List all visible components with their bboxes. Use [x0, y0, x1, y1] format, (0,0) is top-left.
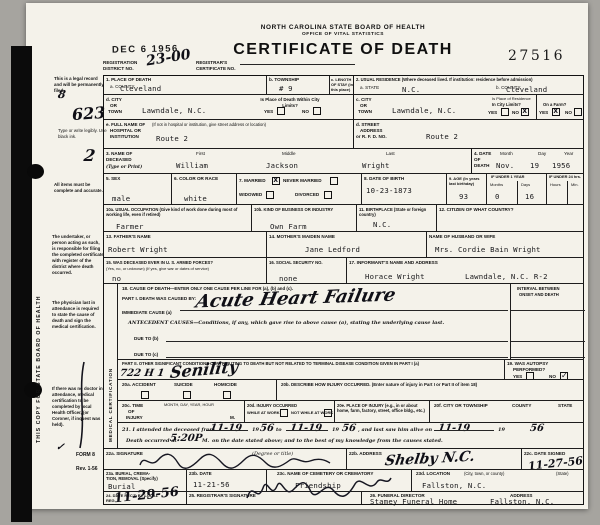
death-year-value: 1956: [552, 161, 570, 170]
address-label: 22b. ADDRESS: [349, 451, 382, 457]
months-days-divider: [517, 181, 518, 205]
months-header: Months: [490, 182, 503, 187]
residence-county-value: Cleveland: [506, 85, 547, 94]
injury-place-label: 20e. PLACE OF INJURY (e.g., in or about …: [337, 403, 427, 414]
registrar-certificate-label-2: CERTIFICATE NO.: [196, 66, 235, 72]
accident-label: 20a. ACCIDENT: [122, 382, 156, 388]
spouse-label: NAME OF HUSBAND OR WIFE: [429, 234, 495, 240]
field-physician-signature: 22a. SIGNATURE (Degree or title): [104, 448, 346, 469]
field-interval: INTERVAL BETWEEN ONSET AND DEATH: [510, 283, 584, 359]
farm-yes-label: YES: [539, 110, 548, 116]
father-label: 13. FATHER'S NAME: [106, 234, 151, 240]
death-time-value: 5:20P: [169, 433, 203, 444]
hospital-value: Route 2: [156, 134, 188, 143]
place-of-death-label: 1. PLACE OF DEATH: [106, 77, 151, 83]
injury-city-label: 20f. CITY OR TOWNSHIP: [434, 403, 488, 409]
burial-label-2: TION, REMOVAL (Specify): [106, 476, 158, 481]
field-date-received: 24. DATE REC'D BY LOCAL REG. 11-29-56: [104, 491, 186, 504]
age-label: 9. AGE (In years last birthday): [449, 176, 485, 186]
middle-name-header: Middle: [282, 151, 296, 157]
field-on-a-farm: On a Farm? YES X NO: [536, 95, 585, 120]
death-city-value: Lawndale, N.C.: [142, 106, 206, 115]
director-address-value: Fallston, N.C.: [490, 497, 554, 506]
field-occupation: 10a. USUAL OCCUPATION (Give kind of work…: [104, 204, 251, 231]
injury-occurred-label: 20d. INJURY OCCURRED: [247, 403, 297, 408]
field-cause-of-death: 18. CAUSE OF DEATH —ENTER ONLY ONE CAUSE…: [118, 283, 510, 359]
registration-district-label-1: REGISTRATION: [103, 60, 137, 66]
injury-how-label: 20b. DESCRIBE HOW INJURY OCCURRED. (Ente…: [281, 382, 477, 388]
certificate-serial-number: 27516: [508, 48, 565, 64]
autopsy-label-1: 19. WAS AUTOPSY: [507, 361, 548, 367]
interval-label-1: INTERVAL BETWEEN: [517, 286, 560, 291]
death-month-value: Nov.: [496, 161, 514, 170]
field-burial-location: 23d. LOCATION (City, town, or county) (S…: [411, 469, 584, 491]
first-name-header: First: [196, 151, 205, 157]
armed-forces-value: no: [112, 274, 121, 283]
last-name-header: Last: [386, 151, 395, 157]
attended-to-label: to: [276, 427, 282, 433]
medical-certification-label: MEDICAL CERTIFICATION: [108, 368, 113, 442]
armed-forces-label: 15. WAS DECEASED EVER IN U. S. ARMED FOR…: [106, 260, 213, 265]
cause-label: 18. CAUSE OF DEATH: [122, 286, 170, 292]
field-ssn: 16. SOCIAL SECURITY NO. none: [266, 257, 346, 283]
death-day-header: Day: [538, 151, 546, 157]
attended-from-year-value: 56: [259, 423, 274, 434]
injury-time-sub: MONTH, DAY, YEAR, HOUR: [164, 403, 214, 408]
punch-hole-top: [27, 164, 44, 179]
last-seen-value: 11-19: [437, 423, 471, 434]
race-label: 6. COLOR OR RACE: [174, 176, 218, 182]
suicide-label: SUICIDE: [174, 382, 193, 388]
burial-date-label: 23b. DATE: [189, 471, 212, 477]
death-occurred-rest: on the date stated above; and to the bes…: [212, 438, 443, 444]
death-limits-no-checkbox: [313, 107, 321, 115]
form-table: 1. PLACE OF DEATH a. COUNTY Cleveland b.…: [103, 75, 584, 505]
field-armed-forces: 15. WAS DECEASED EVER IN U. S. ARMED FOR…: [104, 257, 266, 283]
field-attended: 21. I attended the deceased from 11-19 1…: [118, 422, 584, 448]
never-married-checkbox: [330, 177, 338, 185]
death-city-label-3: TOWN: [108, 109, 122, 115]
injury-time-m: M.: [230, 415, 235, 421]
citizen-label: 12. CITIZEN OF WHAT COUNTRY?: [439, 207, 514, 213]
township-value: # 9: [279, 84, 293, 93]
sex-value: male: [112, 194, 130, 203]
deceased-name-label-2: DECEASED: [106, 157, 132, 163]
farm-yes-checkbox: X: [552, 108, 560, 116]
last-seen-line: [434, 430, 494, 431]
vertical-copy-note: THIS COPY FOR STATE BOARD OF HEALTH: [36, 295, 42, 443]
interval-line-c: [511, 357, 585, 358]
field-manner-of-death: 20a. ACCIDENT SUICIDE HOMICIDE: [118, 379, 276, 400]
min-header: Min.: [571, 182, 579, 187]
limits-yes-checkbox: [501, 108, 509, 116]
antecedent-label: ANTECEDENT CAUSES—Conditions, if any, wh…: [128, 320, 444, 326]
part2-code-value: 722 H 1: [119, 368, 165, 379]
margin-accuracy-note: All items must be complete and accurate.: [54, 182, 106, 194]
first-name-value: William: [176, 161, 208, 170]
field-mother-name: 14. MOTHER'S MAIDEN NAME Jane Ledford: [266, 231, 426, 257]
divorced-checkbox: [324, 191, 332, 199]
length-of-stay-label: c. LENGTH OF STAY (in this place): [331, 77, 353, 92]
while-at-work-label: WHILE AT WORK: [247, 410, 280, 415]
burial-date-value: 11-21-56: [193, 480, 230, 489]
immediate-cause-label: IMMEDIATE CAUSE (a): [122, 310, 172, 316]
residence-city-label-1: c. CITY: [356, 97, 372, 103]
location-sub: (City, town, or county): [464, 471, 504, 476]
residence-state-label: a. STATE: [360, 85, 379, 91]
board-title: NORTH CAROLINA STATE BOARD OF HEALTH: [103, 24, 583, 32]
occupation-value: Farmer: [116, 222, 144, 231]
middle-name-value: Jackson: [266, 161, 298, 170]
death-limits-no-label: NO: [302, 109, 309, 115]
usual-residence-label: 2. USUAL RESIDENCE (Where deceased lived…: [356, 77, 533, 82]
field-injury-place: 20e. PLACE OF INJURY (e.g., in or about …: [334, 400, 429, 422]
birth-date-label: 8. DATE OF BIRTH: [364, 176, 404, 182]
field-injury-description: 20b. DESCRIBE HOW INJURY OCCURRED. (Ente…: [276, 379, 584, 400]
street-value: Route 2: [426, 132, 458, 141]
informant-address-value: Lawndale, N.C. R-2: [465, 272, 548, 281]
injury-state-label: STATE: [558, 403, 572, 409]
farm-label: On a Farm?: [543, 102, 566, 107]
injury-time-label-2: OF: [128, 409, 134, 415]
field-street-address: d. STREET ADDRESS or R. F. D. NO. Route …: [353, 119, 584, 148]
field-spouse-name: NAME OF HUSBAND OR WIFE Mrs. Cordie Bain…: [426, 231, 584, 257]
months-value: 0: [495, 192, 500, 201]
street-label-3: or R. F. D. NO.: [356, 134, 387, 140]
field-color-or-race: 6. COLOR OR RACE white: [171, 173, 236, 204]
days-header: Days: [521, 182, 530, 187]
armed-forces-sub: (Yes, no, or unknown) (If yes, give war …: [106, 266, 209, 271]
spouse-value: Mrs. Cordie Bain Wright: [435, 245, 541, 254]
injury-time-label-3: INJURY: [126, 415, 143, 421]
injury-time-label-1: 20c. TIME: [122, 403, 143, 409]
field-date-of-death: 4. DATE OF DEATH Month Day Year Nov. 19 …: [471, 148, 584, 173]
birth-date-value: 10-23-1873: [366, 186, 412, 195]
homicide-label: HOMICIDE: [214, 382, 237, 388]
death-time-m: M.: [202, 438, 209, 444]
street-label-1: d. STREET: [356, 122, 379, 128]
hours-header: Hours: [550, 182, 561, 187]
limits-no-label: NO: [512, 110, 519, 116]
birthplace-value: N.C.: [373, 220, 391, 229]
field-residence-city: c. CITY OR TOWN Lawndale, N.C. Is Place …: [353, 94, 584, 119]
mother-label: 14. MOTHER'S MAIDEN NAME: [269, 234, 335, 240]
physician-address-value: Shelby N.C.: [384, 449, 476, 470]
attended-from-value: 11-19: [209, 423, 243, 434]
margin-undertaker-note: The undertaker, or person acting as such…: [52, 234, 104, 276]
physician-signature: [134, 451, 334, 471]
due-b-line: [166, 341, 508, 342]
field-age-under-24-hrs: IF UNDER 24 hrs. Hours Min.: [546, 173, 584, 204]
interval-label-2: ONSET AND DEATH: [519, 292, 559, 297]
hospital-label-2: HOSPITAL OR: [110, 128, 141, 134]
ssn-value: none: [279, 274, 297, 283]
hours-min-divider: [567, 181, 568, 205]
field-birthplace: 11. BIRTHPLACE (State or foreign country…: [356, 204, 436, 231]
field-father-name: 13. FATHER'S NAME Robert Wright: [104, 231, 266, 257]
medical-certification-cell: MEDICAL CERTIFICATION: [104, 283, 118, 448]
occupation-label: 10a. USUAL OCCUPATION (Give kind of work…: [106, 207, 246, 218]
death-date-label-2: OF: [474, 157, 480, 163]
field-township: b. TOWNSHIP # 9: [266, 76, 329, 94]
under-day-header: IF UNDER 24 hrs.: [549, 175, 581, 180]
field-date-of-birth: 8. DATE OF BIRTH 10-23-1873: [361, 173, 446, 204]
registrar-certificate-blank-line: [240, 64, 355, 65]
business-value: Own Farm: [270, 222, 307, 231]
attended-from-line: [206, 430, 248, 431]
widowed-label: WIDOWED: [239, 192, 262, 198]
attended-to-year-value: 56: [341, 423, 356, 434]
attended-to-line: [286, 430, 328, 431]
farm-no-label: NO: [565, 110, 572, 116]
deceased-name-sub: (Type or Print): [106, 165, 142, 170]
margin-physician-note: The physician last in attendance is requ…: [52, 300, 104, 330]
injury-county-label: COUNTY: [512, 403, 531, 409]
ssn-label: 16. SOCIAL SECURITY NO.: [269, 260, 323, 265]
homicide-checkbox: [223, 391, 231, 399]
location-state-sub: (State): [556, 471, 569, 476]
father-value: Robert Wright: [108, 245, 168, 254]
field-place-of-death: 1. PLACE OF DEATH a. COUNTY Cleveland: [104, 76, 266, 94]
field-length-of-stay: c. LENGTH OF STAY (in this place): [329, 76, 353, 94]
sex-label: 5. SEX: [106, 176, 120, 182]
death-limits-yes-label: YES: [264, 109, 273, 115]
due-b-label: DUE TO (b): [134, 336, 158, 342]
death-day-value: 19: [530, 161, 539, 170]
hospital-label-1: e. FULL NAME OF: [106, 122, 145, 128]
married-label: 7. MARRIED: [239, 178, 266, 184]
mother-value: Jane Ledford: [305, 245, 360, 254]
informant-label: 17. INFORMANT'S NAME AND ADDRESS: [349, 260, 438, 266]
residence-header: Is Place of Residence: [492, 96, 531, 101]
informant-name-value: Horace Wright: [365, 272, 425, 281]
farm-no-checkbox: [574, 108, 582, 116]
last-seen-year-value: 56: [529, 423, 544, 434]
death-month-header: Month: [500, 151, 513, 157]
funeral-director-value: Stamey Funeral Home: [370, 497, 457, 506]
widowed-checkbox: [266, 191, 274, 199]
registration-district-label-2: DISTRICT NO.: [103, 66, 134, 72]
margin-checkmark: ✓: [55, 442, 65, 453]
margin-district-code: 623: [71, 103, 106, 124]
residence-city-label-2: OR: [360, 103, 367, 109]
in-city-limits-label: In City Limits?: [492, 102, 521, 107]
county-value: Cleveland: [120, 84, 161, 93]
last-name-value: Wright: [362, 161, 390, 170]
age-value: 93: [459, 192, 468, 201]
birthplace-label: 11. BIRTHPLACE (State or foreign country…: [359, 207, 435, 218]
attended-from-19: 19: [252, 427, 259, 433]
hospital-label-3: INSTITUTION: [110, 134, 139, 140]
never-married-label: NEVER MARRIED: [283, 178, 322, 184]
death-limits-yes-checkbox: [277, 107, 285, 115]
interval-line-a: [511, 310, 585, 311]
last-seen-19: 19: [498, 427, 505, 433]
field-marital-status: 7. MARRIED X NEVER MARRIED WIDOWED DIVOR…: [236, 173, 361, 204]
township-label: b. TOWNSHIP: [269, 77, 299, 83]
hospital-note: (If not in hospital or institution, give…: [152, 122, 266, 127]
field-sex: 5. SEX male: [104, 173, 171, 204]
interval-line-b: [511, 341, 585, 342]
death-year-header: Year: [564, 151, 573, 157]
part1-label: PART I. DEATH WAS CAUSED BY:: [122, 296, 196, 302]
field-informant: 17. INFORMANT'S NAME AND ADDRESS Horace …: [346, 257, 584, 283]
location-value: Fallston, N.C.: [422, 481, 486, 490]
due-c-label: DUE TO (c): [134, 352, 158, 358]
scan-edge-strip: [11, 46, 32, 522]
office-subtitle: OFFICE OF VITAL STATISTICS: [103, 32, 583, 38]
location-label: 23d. LOCATION: [416, 471, 450, 477]
field-usual-residence: 2. USUAL RESIDENCE (Where deceased lived…: [353, 76, 584, 94]
death-city-label-1: d. CITY: [106, 97, 122, 103]
suicide-checkbox: [183, 391, 191, 399]
field-registrar-signature: 25. REGISTRAR'S SIGNATURE: [186, 491, 361, 504]
field-date-signed: 22c. DATE SIGNED 11-27-56: [521, 448, 584, 469]
residence-state-value: N.C.: [402, 85, 420, 94]
field-age: 9. AGE (In years last birthday) 93: [446, 173, 486, 204]
death-date-label-3: DEATH: [474, 163, 489, 169]
accident-checkbox: [141, 391, 149, 399]
limits-yes-label: YES: [488, 110, 497, 116]
field-injury-time: 20c. TIME OF INJURY MONTH, DAY, YEAR, HO…: [118, 400, 244, 422]
under-year-header: IF UNDER 1 YEAR: [491, 175, 524, 180]
field-funeral-director: 26. FUNERAL DIRECTOR ADDRESS Stamey Fune…: [361, 491, 584, 504]
field-hospital: e. FULL NAME OF HOSPITAL OR INSTITUTION …: [104, 119, 353, 148]
residence-city-label-3: TOWN: [358, 109, 372, 115]
residence-city-value: Lawndale, N.C.: [392, 106, 456, 115]
field-autopsy: 19. WAS AUTOPSY PERFORMED? YES NO ✓: [504, 359, 584, 379]
field-part2: PART II. OTHER SIGNIFICANT CONDITIONS CO…: [118, 359, 504, 379]
registrar-certificate-label-1: REGISTRAR'S: [196, 60, 227, 66]
death-city-label-2: OR: [110, 103, 117, 109]
field-death-city: d. CITY OR TOWN Lawndale, N.C. Is Place …: [104, 94, 353, 119]
field-business: 10b. KIND OF BUSINESS OR INDUSTRY Own Fa…: [251, 204, 356, 231]
field-name-of-deceased: 3. NAME OF DECEASED (Type or Print) Firs…: [104, 148, 471, 173]
while-at-work-checkbox: [280, 409, 288, 417]
street-label-2: ADDRESS: [360, 128, 382, 134]
margin-revision: Rev. 1-56: [76, 466, 98, 472]
limits-no-checkbox: X: [521, 108, 529, 116]
field-injury-occurred: 20d. INJURY OCCURRED WHILE AT WORK NOT W…: [244, 400, 334, 422]
attended-to-19: 19: [332, 427, 339, 433]
death-date-label-1: 4. DATE: [474, 151, 491, 157]
margin-pen-stroke: [70, 360, 94, 452]
attended-to-value: 11-19: [289, 423, 323, 434]
married-checkbox: X: [272, 177, 280, 185]
margin-mark-8: 8: [57, 88, 66, 101]
field-age-under-1-year: IF UNDER 1 YEAR Months Days 0 16: [486, 173, 546, 204]
divorced-label: DIVORCED: [295, 192, 319, 198]
field-injury-city: 20f. CITY OR TOWNSHIP COUNTY STATE: [429, 400, 584, 422]
margin-form-number: FORM 8: [76, 452, 95, 458]
days-value: 16: [525, 192, 534, 201]
race-value: white: [184, 194, 207, 203]
business-label: 10b. KIND OF BUSINESS OR INDUSTRY: [254, 207, 333, 212]
field-physician-address: 22b. ADDRESS Shelby N.C.: [346, 448, 521, 469]
field-citizen: 12. CITIZEN OF WHAT COUNTRY?: [436, 204, 584, 231]
not-while-at-work-checkbox: [324, 409, 332, 417]
death-city-limits-label: Is Place of Death Within City Limits?: [259, 97, 321, 108]
last-saw-label: , and last saw him alive on: [358, 427, 432, 433]
deceased-name-label-1: 3. NAME OF: [106, 151, 132, 157]
